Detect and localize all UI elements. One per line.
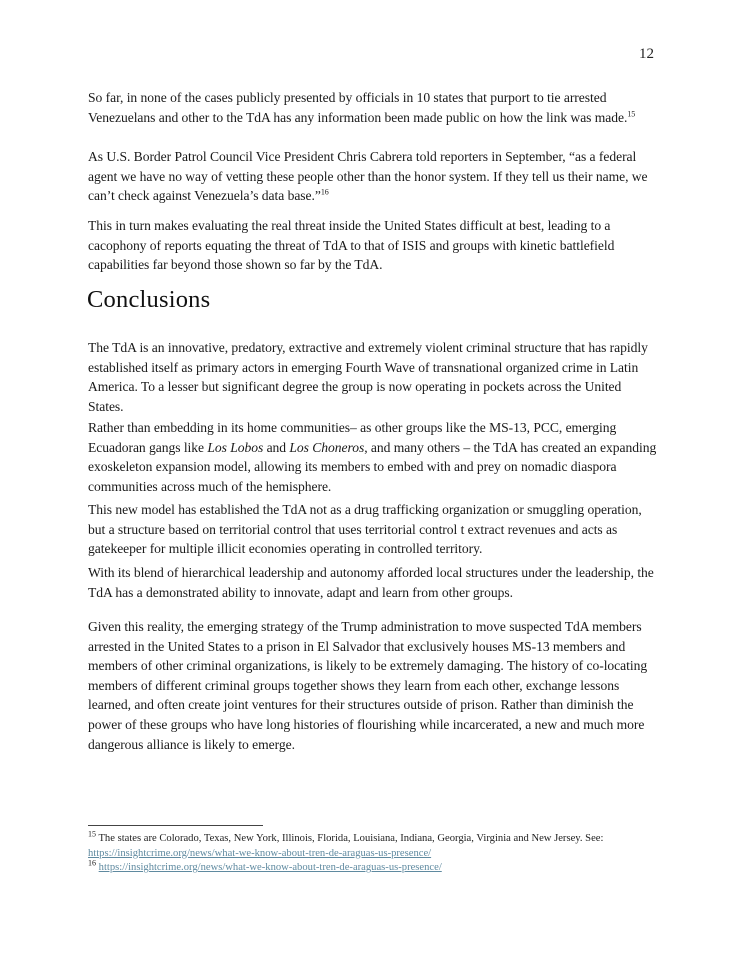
footnote-16: 16 https://insightcrime.org/news/what-we… xyxy=(88,861,668,876)
page-number: 12 xyxy=(639,46,654,63)
paragraph-text: and xyxy=(263,440,289,455)
section-heading-conclusions: Conclusions xyxy=(87,286,210,314)
paragraph-cabrera-quote: As U.S. Border Patrol Council Vice Presi… xyxy=(88,147,658,206)
paragraph-el-salvador-strategy: Given this reality, the emerging strateg… xyxy=(88,617,658,754)
paragraph-hierarchical-leadership: With its blend of hierarchical leadershi… xyxy=(88,563,658,602)
footnote-number: 16 xyxy=(88,858,96,867)
footnote-divider xyxy=(88,825,263,826)
paragraph-threat-evaluation: This in turn makes evaluating the real t… xyxy=(88,216,658,275)
italic-los-choneros: Los Choneros xyxy=(289,440,364,455)
paragraph-exoskeleton-model: Rather than embedding in its home commun… xyxy=(88,418,658,496)
paragraph-tda-description: The TdA is an innovative, predatory, ext… xyxy=(88,338,658,416)
paragraph-text: So far, in none of the cases publicly pr… xyxy=(88,90,627,125)
footnote-link[interactable]: https://insightcrime.org/news/what-we-kn… xyxy=(99,862,442,873)
footnotes: 15 The states are Colorado, Texas, New Y… xyxy=(88,832,668,876)
paragraph-text: As U.S. Border Patrol Council Vice Presi… xyxy=(88,149,648,203)
paragraph-territorial-control: This new model has established the TdA n… xyxy=(88,500,658,559)
footnote-number: 15 xyxy=(88,829,96,838)
footnote-text: The states are Colorado, Texas, New York… xyxy=(96,833,603,844)
italic-los-lobos: Los Lobos xyxy=(207,440,263,455)
paragraph-link-unknown: So far, in none of the cases publicly pr… xyxy=(88,88,658,127)
footnote-ref-15[interactable]: 15 xyxy=(627,109,635,118)
footnote-link[interactable]: https://insightcrime.org/news/what-we-kn… xyxy=(88,848,431,859)
footnote-ref-16[interactable]: 16 xyxy=(321,188,329,197)
footnote-15: 15 The states are Colorado, Texas, New Y… xyxy=(88,832,668,861)
